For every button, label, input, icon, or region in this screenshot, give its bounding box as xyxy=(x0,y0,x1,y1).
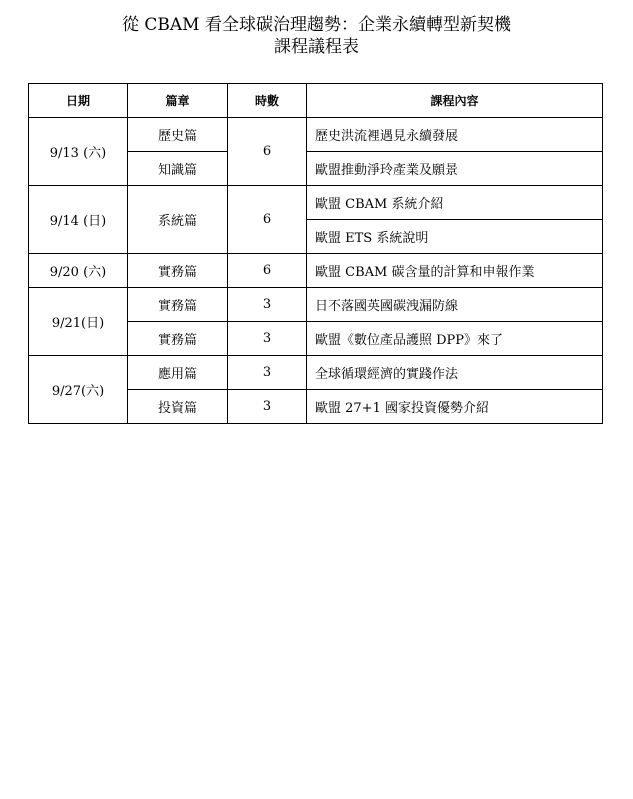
content-cell: 歐盟推動淨玲產業及願景 xyxy=(307,152,603,186)
session-date: 9/21(日) xyxy=(29,288,128,356)
hours-cell: 3 xyxy=(228,288,307,322)
hours-cell: 6 xyxy=(228,186,307,254)
table-row: 9/20 (六) 實務篇 6 歐盟 CBAM 碳含量的計算和申報作業 xyxy=(29,254,603,288)
content-cell: 歐盟《數位產品護照 DPP》來了 xyxy=(307,322,603,356)
table-row: 9/13 (六) 歷史篇 6 歷史洪流裡遇見永續發展 xyxy=(29,118,603,152)
chapter-cell: 實務篇 xyxy=(128,288,228,322)
table-row: 9/14 (日) 系統篇 6 歐盟 CBAM 系統介紹 xyxy=(29,186,603,220)
session-date: 9/27(六) xyxy=(29,356,128,424)
session-date: 9/13 (六) xyxy=(29,118,128,186)
document-title: 從 CBAM 看全球碳治理趨勢：企業永續轉型新契機 xyxy=(0,14,633,36)
content-cell: 歐盟 ETS 系統說明 xyxy=(307,220,603,254)
table-header-row: 日期 篇章 時數 課程內容 xyxy=(29,84,603,118)
content-cell: 歐盟 CBAM 碳含量的計算和申報作業 xyxy=(307,254,603,288)
content-cell: 歐盟 CBAM 系統介紹 xyxy=(307,186,603,220)
table-row: 9/27(六) 應用篇 3 全球循環經濟的實踐作法 xyxy=(29,356,603,390)
agenda-table: 日期 篇章 時數 課程內容 9/13 (六) 歷史篇 6 歷史洪流裡遇見永續發展… xyxy=(28,83,603,424)
header-content: 課程內容 xyxy=(307,84,603,118)
content-cell: 全球循環經濟的實踐作法 xyxy=(307,356,603,390)
chapter-cell: 投資篇 xyxy=(128,390,228,424)
content-cell: 歐盟 27+1 國家投資優勢介紹 xyxy=(307,390,603,424)
header-hours: 時數 xyxy=(228,84,307,118)
chapter-cell: 系統篇 xyxy=(128,186,228,254)
hours-cell: 6 xyxy=(228,254,307,288)
chapter-cell: 實務篇 xyxy=(128,322,228,356)
hours-cell: 3 xyxy=(228,390,307,424)
content-cell: 日不落國英國碳洩漏防線 xyxy=(307,288,603,322)
hours-cell: 3 xyxy=(228,322,307,356)
hours-cell: 6 xyxy=(228,118,307,186)
hours-cell: 3 xyxy=(228,356,307,390)
header-chapter: 篇章 xyxy=(128,84,228,118)
chapter-cell: 應用篇 xyxy=(128,356,228,390)
document-subtitle: 課程議程表 xyxy=(0,36,633,58)
session-date: 9/20 (六) xyxy=(29,254,128,288)
chapter-cell: 歷史篇 xyxy=(128,118,228,152)
chapter-cell: 知識篇 xyxy=(128,152,228,186)
header-date: 日期 xyxy=(29,84,128,118)
session-date: 9/14 (日) xyxy=(29,186,128,254)
chapter-cell: 實務篇 xyxy=(128,254,228,288)
content-cell: 歷史洪流裡遇見永續發展 xyxy=(307,118,603,152)
table-row: 9/21(日) 實務篇 3 日不落國英國碳洩漏防線 xyxy=(29,288,603,322)
